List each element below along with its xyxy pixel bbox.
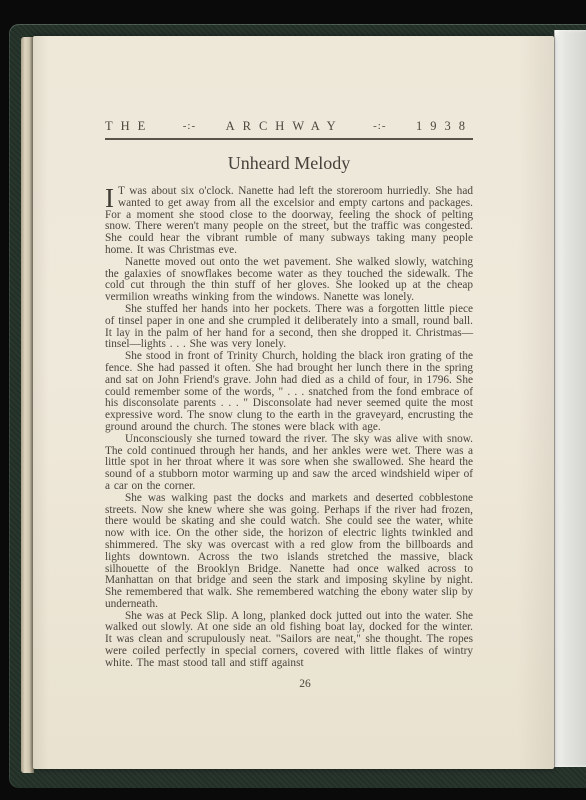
header-separator-icon: -:- <box>373 119 386 133</box>
photo-backdrop: THE -:- ARCHWAY -:- 1938 Unheard Melody … <box>0 0 586 800</box>
drop-cap: I <box>105 186 118 209</box>
header-year: 1938 <box>416 119 473 133</box>
paragraph: She was at Peck Slip. A long, planked do… <box>105 611 473 670</box>
header-publication-left: THE <box>105 119 153 133</box>
paragraph: Nanette moved out onto the wet pavement.… <box>105 257 473 304</box>
story-title: Unheard Melody <box>105 153 473 173</box>
facing-page-edge <box>554 30 586 767</box>
book-page: THE -:- ARCHWAY -:- 1938 Unheard Melody … <box>33 36 554 769</box>
paragraph: IT was about six o'clock. Nanette had le… <box>105 186 473 257</box>
page-header: THE -:- ARCHWAY -:- 1938 <box>105 119 473 140</box>
header-publication-middle: ARCHWAY <box>226 119 344 133</box>
header-separator-icon: -:- <box>183 119 196 133</box>
paragraph: She stuffed her hands into her pockets. … <box>105 304 473 351</box>
paragraph: Unconsciously she turned toward the rive… <box>105 434 473 493</box>
page-number: 26 <box>121 678 489 690</box>
page-content: THE -:- ARCHWAY -:- 1938 Unheard Melody … <box>105 36 473 690</box>
paragraph: She was walking past the docks and marke… <box>105 493 473 611</box>
paragraph: She stood in front of Trinity Church, ho… <box>105 351 473 434</box>
story-body: IT was about six o'clock. Nanette had le… <box>105 186 473 670</box>
